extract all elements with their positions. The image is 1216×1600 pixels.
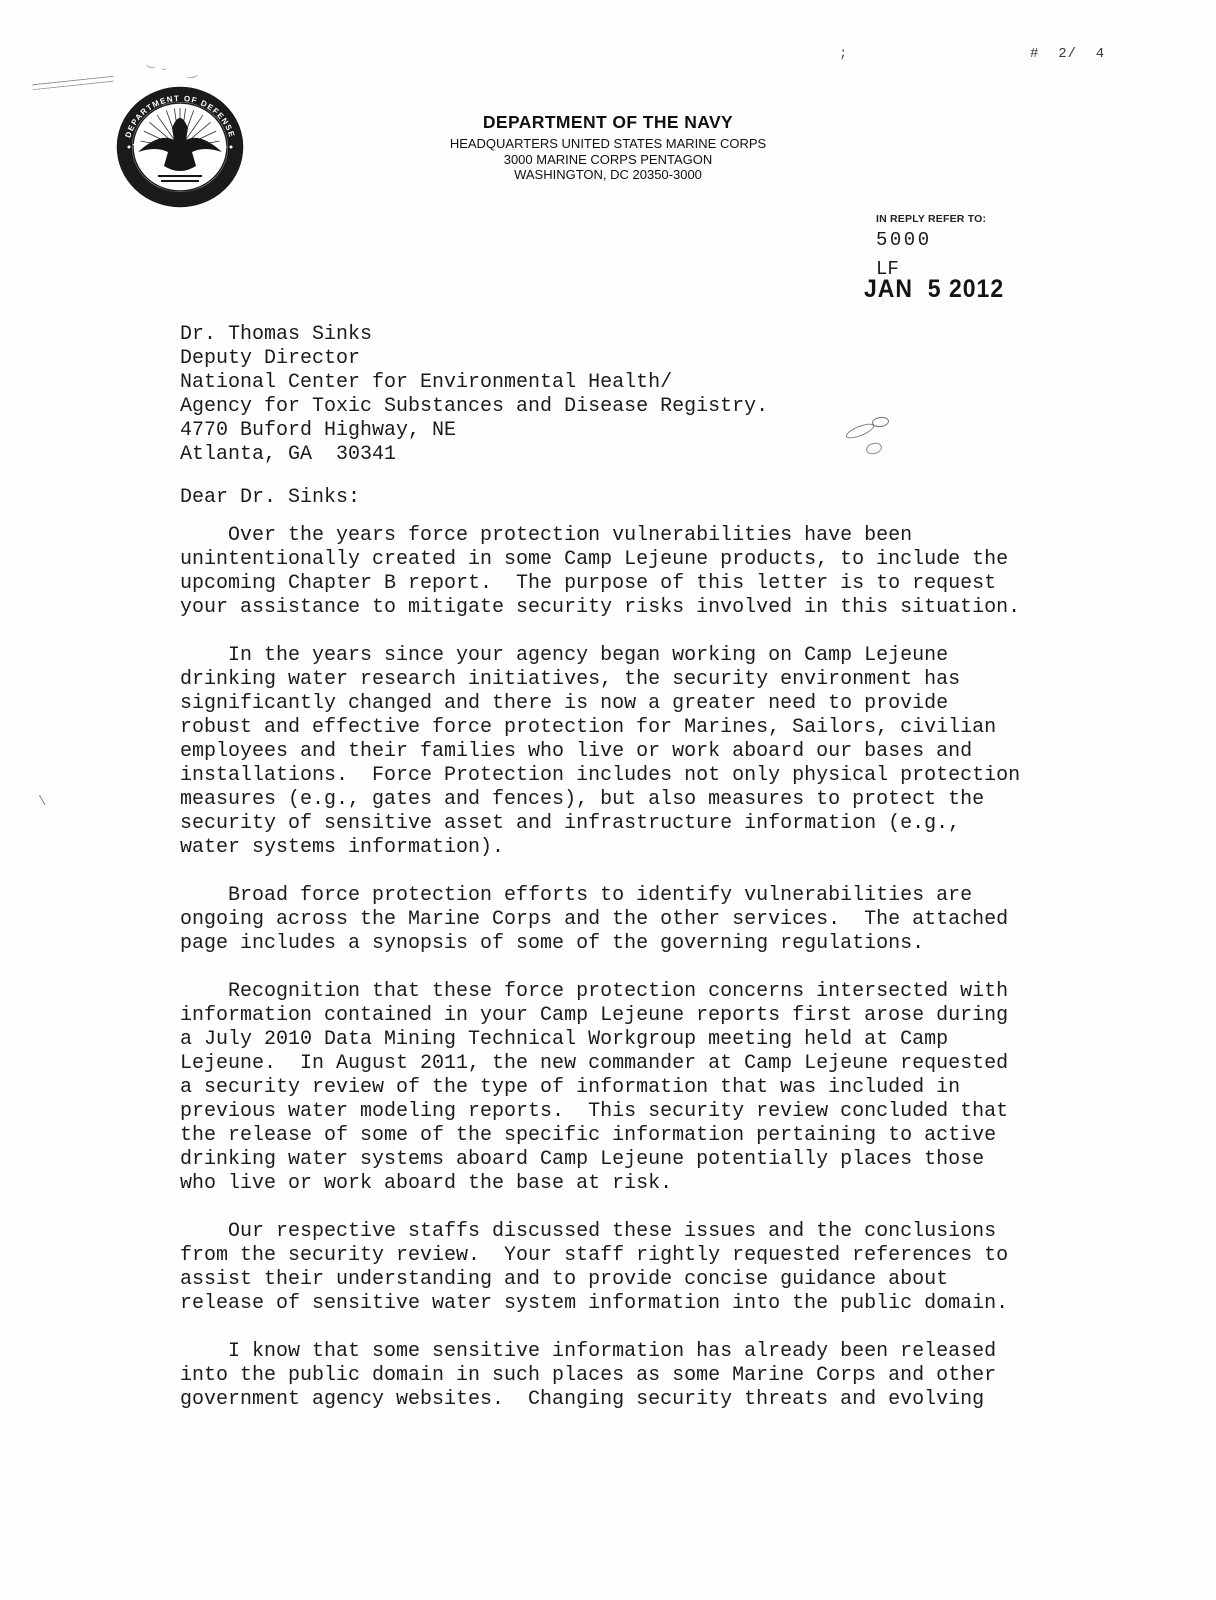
letter-line: information contained in your Camp Lejeu… bbox=[180, 1004, 1080, 1028]
scan-stray-mark: ; bbox=[839, 46, 847, 62]
recipient-line: Agency for Toxic Substances and Disease … bbox=[180, 395, 768, 419]
recipient-line: Deputy Director bbox=[180, 347, 768, 371]
letter-line: Lejeune. In August 2011, the new command… bbox=[180, 1052, 1080, 1076]
letter-line: security of sensitive asset and infrastr… bbox=[180, 812, 1080, 836]
letter-line: a security review of the type of informa… bbox=[180, 1076, 1080, 1100]
recipient-line: National Center for Environmental Health… bbox=[180, 371, 768, 395]
scan-squiggle-mark bbox=[145, 61, 156, 69]
scan-squiggle-mark bbox=[162, 66, 166, 70]
letter-line: page includes a synopsis of some of the … bbox=[180, 932, 1080, 956]
letter-line: measures (e.g., gates and fences), but a… bbox=[180, 788, 1080, 812]
letter-line: installations. Force Protection includes… bbox=[180, 764, 1080, 788]
letter-line: your assistance to mitigate security ris… bbox=[180, 596, 1080, 620]
letter-line: previous water modeling reports. This se… bbox=[180, 1100, 1080, 1124]
letter-line: significantly changed and there is now a… bbox=[180, 692, 1080, 716]
paragraph: In the years since your agency began wor… bbox=[180, 644, 1080, 860]
pen-scratch-mark bbox=[32, 76, 114, 91]
recipient-line: 4770 Buford Highway, NE bbox=[180, 419, 768, 443]
recipient-line: Dr. Thomas Sinks bbox=[180, 323, 768, 347]
paragraph: Our respective staffs discussed these is… bbox=[180, 1220, 1080, 1316]
letter-line: employees and their families who live or… bbox=[180, 740, 1080, 764]
salutation: Dear Dr. Sinks: bbox=[180, 486, 360, 509]
paragraph: I know that some sensitive information h… bbox=[180, 1340, 1080, 1412]
date-stamp: JAN 5 2012 bbox=[864, 274, 1004, 304]
letter-line: into the public domain in such places as… bbox=[180, 1364, 1080, 1388]
paragraph: Broad force protection efforts to identi… bbox=[180, 884, 1080, 956]
letter-line: drinking water systems aboard Camp Lejeu… bbox=[180, 1148, 1080, 1172]
letter-line: release of sensitive water system inform… bbox=[180, 1292, 1080, 1316]
letter-line: Broad force protection efforts to identi… bbox=[180, 884, 1080, 908]
paragraph: Recognition that these force protection … bbox=[180, 980, 1080, 1196]
letter-line: a July 2010 Data Mining Technical Workgr… bbox=[180, 1028, 1080, 1052]
letterhead-department: DEPARTMENT OF THE NAVY bbox=[0, 112, 1216, 133]
letter-line: Over the years force protection vulnerab… bbox=[180, 524, 1080, 548]
letter-line: ongoing across the Marine Corps and the … bbox=[180, 908, 1080, 932]
paragraph: Over the years force protection vulnerab… bbox=[180, 524, 1080, 620]
letterhead-city: WASHINGTON, DC 20350-3000 bbox=[0, 167, 1216, 183]
letter-body: Over the years force protection vulnerab… bbox=[180, 524, 1080, 1412]
letterhead-headquarters: HEADQUARTERS UNITED STATES MARINE CORPS bbox=[0, 136, 1216, 152]
fax-page-indicator: # 2/ 4 bbox=[1030, 46, 1105, 62]
recipient-block: Dr. Thomas SinksDeputy DirectorNational … bbox=[180, 323, 768, 467]
letterhead: DEPARTMENT OF THE NAVY HEADQUARTERS UNIT… bbox=[0, 112, 1216, 183]
letter-line: assist their understanding and to provid… bbox=[180, 1268, 1080, 1292]
letter-line: water systems information). bbox=[180, 836, 1080, 860]
letter-line: who live or work aboard the base at risk… bbox=[180, 1172, 1080, 1196]
scan-squiggle-mark bbox=[186, 71, 199, 79]
letter-line: robust and effective force protection fo… bbox=[180, 716, 1080, 740]
letter-line: from the security review. Your staff rig… bbox=[180, 1244, 1080, 1268]
scan-stray-mark: \ bbox=[38, 794, 46, 810]
ink-smudge-mark bbox=[844, 421, 876, 442]
reply-refer-label: IN REPLY REFER TO: bbox=[876, 213, 986, 225]
letter-line: I know that some sensitive information h… bbox=[180, 1340, 1080, 1364]
ssic-code: 5000 bbox=[876, 229, 986, 251]
letter-line: In the years since your agency began wor… bbox=[180, 644, 1080, 668]
letter-line: the release of some of the specific info… bbox=[180, 1124, 1080, 1148]
ink-smudge-mark bbox=[871, 416, 889, 428]
letter-line: unintentionally created in some Camp Lej… bbox=[180, 548, 1080, 572]
letter-line: Recognition that these force protection … bbox=[180, 980, 1080, 1004]
reply-refer-block: IN REPLY REFER TO: 5000 LF bbox=[876, 213, 986, 280]
letter-line: Our respective staffs discussed these is… bbox=[180, 1220, 1080, 1244]
letter-line: upcoming Chapter B report. The purpose o… bbox=[180, 572, 1080, 596]
ink-smudge-mark bbox=[865, 441, 883, 456]
recipient-line: Atlanta, GA 30341 bbox=[180, 443, 768, 467]
letter-line: drinking water research initiatives, the… bbox=[180, 668, 1080, 692]
letter-line: government agency websites. Changing sec… bbox=[180, 1388, 1080, 1412]
letterhead-street: 3000 MARINE CORPS PENTAGON bbox=[0, 152, 1216, 168]
